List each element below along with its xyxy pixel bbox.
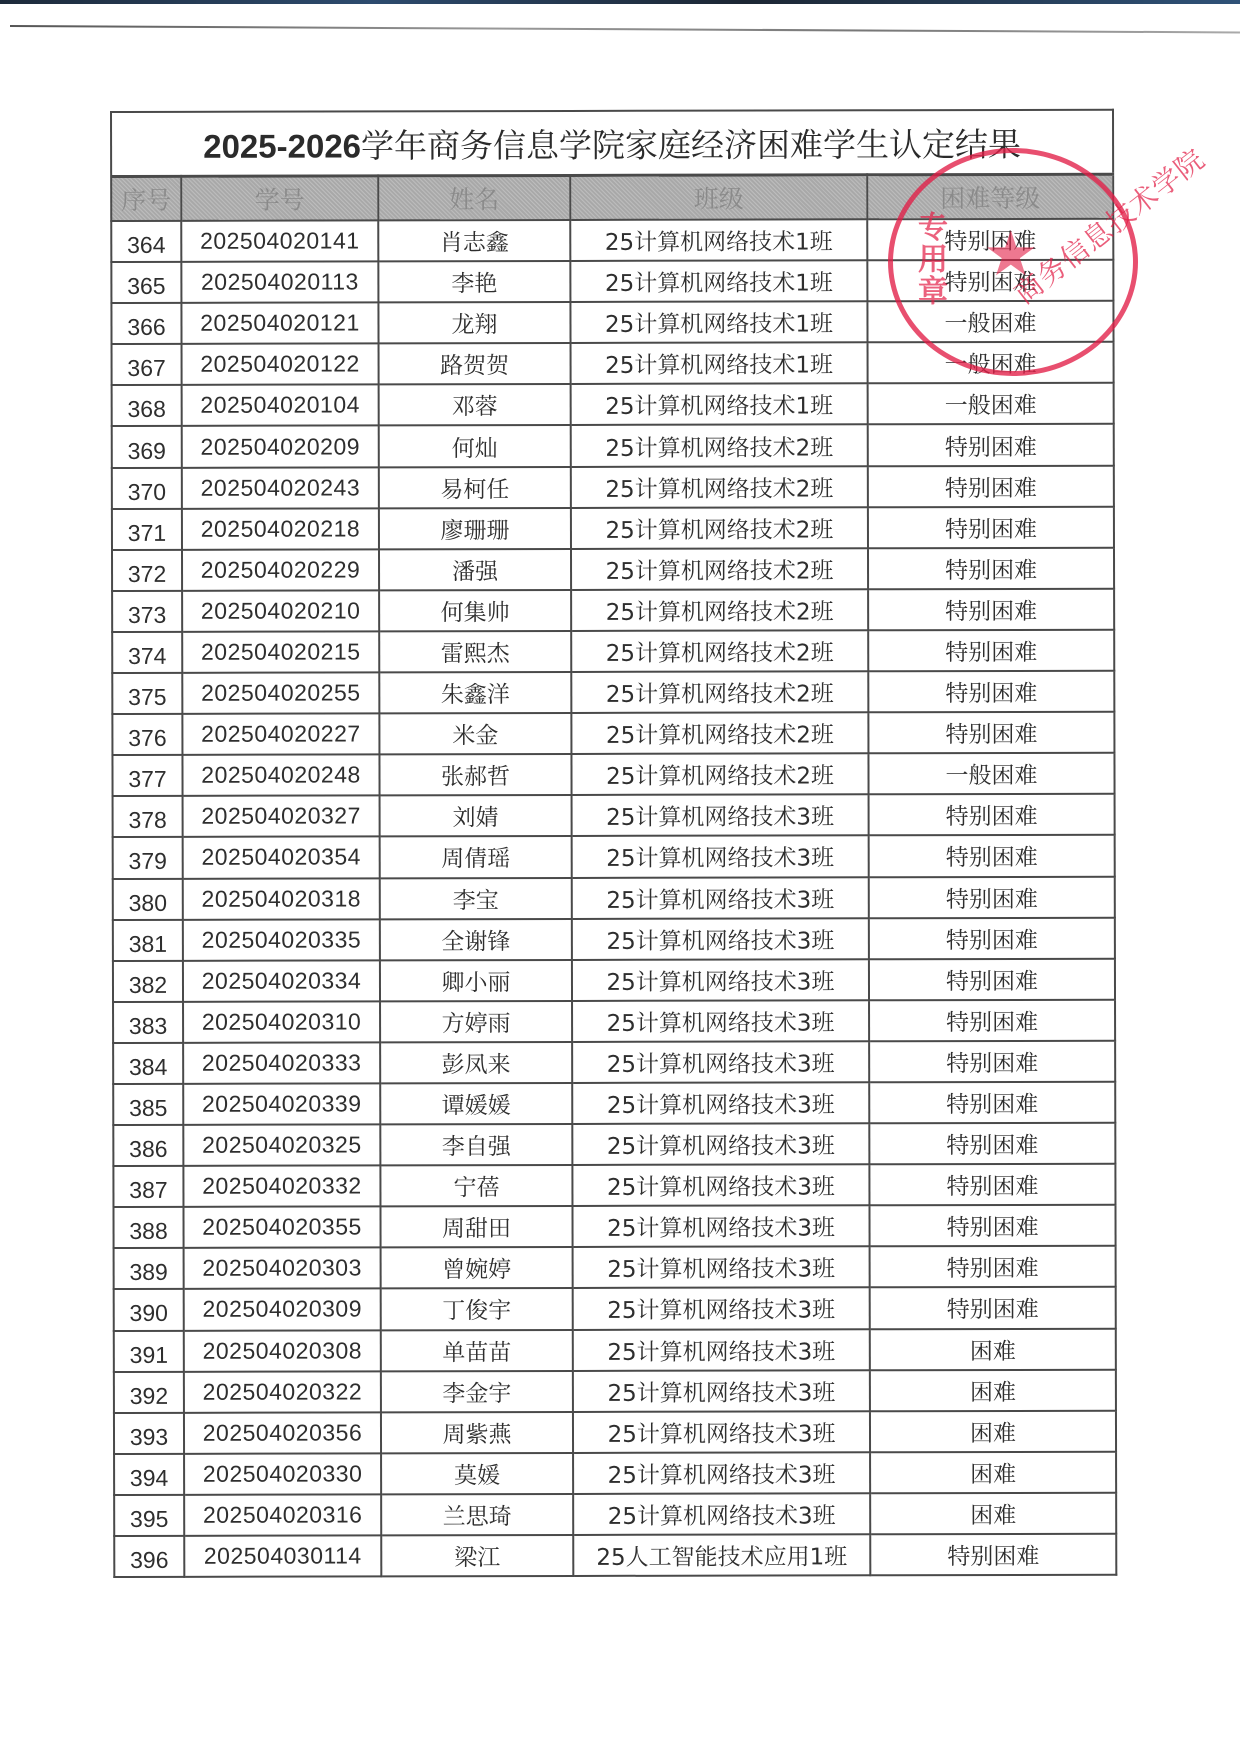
row-level: 特别困难 — [870, 1534, 1116, 1576]
row-seq: 396 — [114, 1536, 184, 1577]
row-class: 25计算机网络技术2班 — [571, 712, 868, 754]
table-row: 384202504020333彭凤来25计算机网络技术3班特别困难 — [113, 1041, 1115, 1084]
title-text: 学年商务信息学院家庭经济困难学生认定结果 — [361, 124, 1021, 164]
row-class: 25计算机网络技术2班 — [571, 753, 868, 795]
row-seq: 377 — [112, 755, 182, 796]
row-level: 困难 — [870, 1410, 1116, 1452]
table-header-row: 序号 学号 姓名 班级 困难等级 — [111, 174, 1113, 221]
row-name: 曾婉婷 — [381, 1247, 573, 1289]
row-level: 特别困难 — [869, 917, 1115, 959]
row-seq: 393 — [114, 1413, 184, 1454]
row-student-id: 202504020332 — [183, 1166, 380, 1208]
row-seq: 372 — [112, 550, 182, 591]
row-student-id: 202504020309 — [184, 1289, 381, 1331]
row-student-id: 202504020330 — [184, 1453, 381, 1495]
header-level: 困难等级 — [867, 174, 1113, 219]
table-row: 389202504020303曾婉婷25计算机网络技术3班特别困难 — [114, 1246, 1116, 1289]
row-student-id: 202504020327 — [183, 796, 380, 838]
table-row: 383202504020310方婷雨25计算机网络技术3班特别困难 — [113, 1000, 1115, 1043]
row-student-id: 202504020113 — [181, 261, 378, 303]
row-student-id: 202504020210 — [182, 590, 379, 632]
row-level: 特别困难 — [870, 1246, 1116, 1288]
row-name: 李宝 — [380, 877, 572, 919]
row-name: 易柯任 — [379, 467, 571, 509]
table-row: 382202504020334卿小丽25计算机网络技术3班特别困难 — [113, 958, 1115, 1001]
row-class: 25计算机网络技术3班 — [572, 1000, 869, 1042]
row-student-id: 202504030114 — [184, 1535, 381, 1577]
table-row: 394202504020330莫媛25计算机网络技术3班困难 — [114, 1452, 1116, 1495]
row-name: 肖志鑫 — [378, 220, 570, 262]
row-name: 方婷雨 — [380, 1001, 572, 1043]
row-level: 特别困难 — [868, 465, 1114, 507]
row-seq: 373 — [112, 591, 182, 632]
row-name: 张郝哲 — [379, 754, 571, 796]
row-class: 25计算机网络技术2班 — [571, 466, 868, 508]
row-name: 周倩瑶 — [380, 836, 572, 878]
row-class: 25计算机网络技术3班 — [573, 1452, 870, 1494]
row-class: 25计算机网络技术3班 — [573, 1247, 870, 1289]
row-name: 邓蓉 — [379, 384, 571, 426]
row-seq: 391 — [114, 1330, 184, 1371]
table-row: 374202504020215雷熙杰25计算机网络技术2班特别困难 — [112, 630, 1114, 673]
row-seq: 384 — [113, 1043, 183, 1084]
table-row: 373202504020210何集帅25计算机网络技术2班特别困难 — [112, 589, 1114, 632]
header-class: 班级 — [570, 175, 867, 220]
row-name: 谭媛媛 — [380, 1083, 572, 1125]
row-level: 特别困难 — [869, 1205, 1115, 1247]
scan-edge — [0, 0, 1240, 4]
row-level: 特别困难 — [868, 424, 1114, 466]
row-level: 特别困难 — [867, 219, 1113, 261]
row-level: 特别困难 — [869, 794, 1115, 836]
row-class: 25计算机网络技术1班 — [570, 219, 867, 261]
row-student-id: 202504020243 — [182, 467, 379, 509]
row-seq: 388 — [113, 1207, 183, 1248]
row-seq: 392 — [114, 1371, 184, 1412]
row-class: 25计算机网络技术3班 — [572, 795, 869, 837]
row-name: 周甜田 — [380, 1206, 572, 1248]
row-seq: 386 — [113, 1125, 183, 1166]
row-class: 25计算机网络技术3班 — [572, 1041, 869, 1083]
table-body: 364202504020141肖志鑫25计算机网络技术1班特别困难3652025… — [111, 219, 1116, 1577]
table-row: 375202504020255朱鑫洋25计算机网络技术2班特别困难 — [112, 671, 1114, 714]
table-row: 396202504030114梁江25人工智能技术应用1班特别困难 — [114, 1534, 1116, 1577]
row-seq: 374 — [112, 632, 182, 673]
row-name: 彭凤来 — [380, 1042, 572, 1084]
row-name: 潘强 — [379, 549, 571, 591]
row-level: 特别困难 — [868, 506, 1114, 548]
row-class: 25计算机网络技术3班 — [572, 918, 869, 960]
row-seq: 385 — [113, 1084, 183, 1125]
row-seq: 376 — [112, 714, 182, 755]
row-level: 困难 — [870, 1493, 1116, 1535]
row-student-id: 202504020209 — [182, 426, 379, 468]
scan-artifact-line — [10, 25, 1240, 33]
row-level: 一般困难 — [867, 301, 1113, 343]
row-seq: 383 — [113, 1002, 183, 1043]
table-row: 386202504020325李自强25计算机网络技术3班特别困难 — [113, 1123, 1115, 1166]
row-seq: 370 — [112, 467, 182, 508]
row-class: 25计算机网络技术1班 — [571, 343, 868, 385]
table-row: 393202504020356周紫燕25计算机网络技术3班困难 — [114, 1410, 1116, 1453]
row-name: 梁江 — [381, 1535, 573, 1577]
row-seq: 375 — [112, 673, 182, 714]
header-seq: 序号 — [111, 176, 181, 221]
row-name: 何灿 — [379, 425, 571, 467]
row-student-id: 202504020325 — [183, 1124, 380, 1166]
row-class: 25计算机网络技术3班 — [572, 1123, 869, 1165]
row-seq: 369 — [112, 426, 182, 467]
table-row: 390202504020309丁俊宇25计算机网络技术3班特别困难 — [114, 1287, 1116, 1330]
row-class: 25计算机网络技术3班 — [573, 1411, 870, 1453]
row-name: 单苗苗 — [381, 1329, 573, 1371]
row-name: 周紫燕 — [381, 1412, 573, 1454]
result-sheet: 2025-2026学年商务信息学院家庭经济困难学生认定结果 序号 学号 姓名 班… — [110, 109, 1115, 1578]
row-level: 特别困难 — [868, 712, 1114, 754]
row-seq: 382 — [113, 961, 183, 1002]
row-name: 廖珊珊 — [379, 508, 571, 550]
row-seq: 366 — [111, 303, 181, 344]
row-seq: 378 — [113, 796, 183, 837]
row-student-id: 202504020310 — [183, 1001, 380, 1043]
row-student-id: 202504020354 — [183, 837, 380, 879]
row-level: 特别困难 — [869, 1082, 1115, 1124]
row-class: 25计算机网络技术3班 — [572, 1206, 869, 1248]
row-class: 25计算机网络技术1班 — [571, 384, 868, 426]
table-row: 388202504020355周甜田25计算机网络技术3班特别困难 — [113, 1205, 1115, 1248]
row-name: 米金 — [379, 713, 571, 755]
row-name: 李艳 — [378, 261, 570, 303]
result-table: 2025-2026学年商务信息学院家庭经济困难学生认定结果 序号 学号 姓名 班… — [110, 109, 1117, 1578]
row-seq: 389 — [114, 1248, 184, 1289]
row-name: 兰思琦 — [381, 1494, 573, 1536]
row-seq: 371 — [112, 508, 182, 549]
row-seq: 368 — [112, 385, 182, 426]
row-name: 莫媛 — [381, 1453, 573, 1495]
row-level: 特别困难 — [868, 671, 1114, 713]
row-name: 何集帅 — [379, 590, 571, 632]
row-student-id: 202504020356 — [184, 1412, 381, 1454]
row-level: 特别困难 — [869, 835, 1115, 877]
row-student-id: 202504020229 — [182, 549, 379, 591]
row-student-id: 202504020355 — [183, 1207, 380, 1249]
row-student-id: 202504020334 — [183, 960, 380, 1002]
row-level: 困难 — [870, 1369, 1116, 1411]
table-row: 377202504020248张郝哲25计算机网络技术2班一般困难 — [112, 753, 1114, 796]
table-row: 395202504020316兰思琦25计算机网络技术3班困难 — [114, 1493, 1116, 1536]
row-student-id: 202504020121 — [181, 303, 378, 345]
table-row: 364202504020141肖志鑫25计算机网络技术1班特别困难 — [111, 219, 1113, 262]
row-class: 25计算机网络技术1班 — [570, 301, 867, 343]
table-row: 367202504020122路贺贺25计算机网络技术1班一般困难 — [112, 342, 1114, 385]
row-class: 25计算机网络技术2班 — [571, 589, 868, 631]
row-student-id: 202504020339 — [183, 1083, 380, 1125]
row-seq: 365 — [111, 262, 181, 303]
row-level: 特别困难 — [869, 958, 1115, 1000]
row-name: 路贺贺 — [379, 343, 571, 385]
document-title: 2025-2026学年商务信息学院家庭经济困难学生认定结果 — [111, 110, 1113, 177]
row-name: 刘婧 — [380, 795, 572, 837]
row-name: 李金宇 — [381, 1371, 573, 1413]
table-row: 387202504020332宁蓓25计算机网络技术3班特别困难 — [113, 1164, 1115, 1207]
row-level: 一般困难 — [868, 342, 1114, 384]
row-level: 特别困难 — [869, 1041, 1115, 1083]
row-level: 困难 — [870, 1328, 1116, 1370]
row-seq: 381 — [113, 919, 183, 960]
table-row: 371202504020218廖珊珊25计算机网络技术2班特别困难 — [112, 506, 1114, 549]
row-class: 25计算机网络技术3班 — [572, 836, 869, 878]
row-seq: 364 — [111, 221, 181, 262]
table-row: 392202504020322李金宇25计算机网络技术3班困难 — [114, 1369, 1116, 1412]
row-seq: 394 — [114, 1454, 184, 1495]
row-name: 龙翔 — [378, 302, 570, 344]
row-student-id: 202504020255 — [182, 672, 379, 714]
row-class: 25计算机网络技术2班 — [571, 671, 868, 713]
row-name: 雷熙杰 — [379, 631, 571, 673]
row-level: 特别困难 — [867, 260, 1113, 302]
row-name: 朱鑫洋 — [379, 672, 571, 714]
row-seq: 367 — [112, 344, 182, 385]
row-level: 特别困难 — [868, 630, 1114, 672]
row-student-id: 202504020308 — [184, 1330, 381, 1372]
table-row: 372202504020229潘强25计算机网络技术2班特别困难 — [112, 547, 1114, 590]
header-student-id: 学号 — [181, 176, 378, 221]
table-row: 391202504020308单苗苗25计算机网络技术3班困难 — [114, 1328, 1116, 1371]
row-student-id: 202504020218 — [182, 508, 379, 550]
row-class: 25计算机网络技术3班 — [573, 1370, 870, 1412]
row-seq: 395 — [114, 1495, 184, 1536]
row-class: 25计算机网络技术3班 — [573, 1493, 870, 1535]
row-level: 特别困难 — [869, 1123, 1115, 1165]
table-row: 378202504020327刘婧25计算机网络技术3班特别困难 — [113, 794, 1115, 837]
row-class: 25计算机网络技术3班 — [572, 877, 869, 919]
row-class: 25计算机网络技术3班 — [573, 1329, 870, 1371]
row-student-id: 202504020333 — [183, 1042, 380, 1084]
table-row: 366202504020121龙翔25计算机网络技术1班一般困难 — [111, 301, 1113, 344]
row-level: 特别困难 — [868, 589, 1114, 631]
row-student-id: 202504020303 — [184, 1248, 381, 1290]
table-row: 370202504020243易柯任25计算机网络技术2班特别困难 — [112, 465, 1114, 508]
row-level: 特别困难 — [869, 876, 1115, 918]
table-row: 369202504020209何灿25计算机网络技术2班特别困难 — [112, 424, 1114, 467]
row-seq: 390 — [114, 1289, 184, 1330]
row-class: 25计算机网络技术2班 — [571, 548, 868, 590]
row-seq: 380 — [113, 878, 183, 919]
row-student-id: 202504020215 — [182, 631, 379, 673]
row-name: 宁蓓 — [380, 1165, 572, 1207]
row-student-id: 202504020141 — [181, 220, 378, 262]
table-row: 365202504020113李艳25计算机网络技术1班特别困难 — [111, 260, 1113, 303]
header-name: 姓名 — [378, 175, 570, 220]
row-student-id: 202504020322 — [184, 1371, 381, 1413]
row-class: 25计算机网络技术3班 — [572, 1082, 869, 1124]
row-class: 25计算机网络技术3班 — [573, 1288, 870, 1330]
row-name: 卿小丽 — [380, 960, 572, 1002]
table-row: 376202504020227米金25计算机网络技术2班特别困难 — [112, 712, 1114, 755]
table-row: 385202504020339谭媛媛25计算机网络技术3班特别困难 — [113, 1082, 1115, 1125]
row-class: 25计算机网络技术2班 — [571, 507, 868, 549]
row-class: 25计算机网络技术2班 — [571, 425, 868, 467]
row-class: 25计算机网络技术3班 — [572, 1164, 869, 1206]
table-row: 381202504020335全谢锋25计算机网络技术3班特别困难 — [113, 917, 1115, 960]
table-row: 368202504020104邓蓉25计算机网络技术1班一般困难 — [112, 383, 1114, 426]
row-level: 特别困难 — [869, 1000, 1115, 1042]
row-student-id: 202504020335 — [183, 919, 380, 961]
table-row: 379202504020354周倩瑶25计算机网络技术3班特别困难 — [113, 835, 1115, 878]
row-name: 全谢锋 — [380, 919, 572, 961]
table-row: 380202504020318李宝25计算机网络技术3班特别困难 — [113, 876, 1115, 919]
row-seq: 387 — [113, 1166, 183, 1207]
row-student-id: 202504020227 — [182, 714, 379, 756]
row-name: 李自强 — [380, 1124, 572, 1166]
row-seq: 379 — [113, 837, 183, 878]
row-level: 特别困难 — [868, 547, 1114, 589]
title-year: 2025-2026 — [203, 127, 361, 164]
row-level: 特别困难 — [869, 1164, 1115, 1206]
row-level: 一般困难 — [868, 753, 1114, 795]
row-class: 25计算机网络技术2班 — [571, 630, 868, 672]
row-student-id: 202504020248 — [182, 755, 379, 797]
row-level: 一般困难 — [868, 383, 1114, 425]
row-student-id: 202504020104 — [182, 385, 379, 427]
row-level: 特别困难 — [870, 1287, 1116, 1329]
row-level: 困难 — [870, 1452, 1116, 1494]
row-name: 丁俊宇 — [381, 1288, 573, 1330]
row-student-id: 202504020316 — [184, 1494, 381, 1536]
row-student-id: 202504020318 — [183, 878, 380, 920]
row-student-id: 202504020122 — [182, 344, 379, 386]
row-class: 25计算机网络技术1班 — [570, 260, 867, 302]
row-class: 25人工智能技术应用1班 — [573, 1534, 870, 1576]
row-class: 25计算机网络技术3班 — [572, 959, 869, 1001]
